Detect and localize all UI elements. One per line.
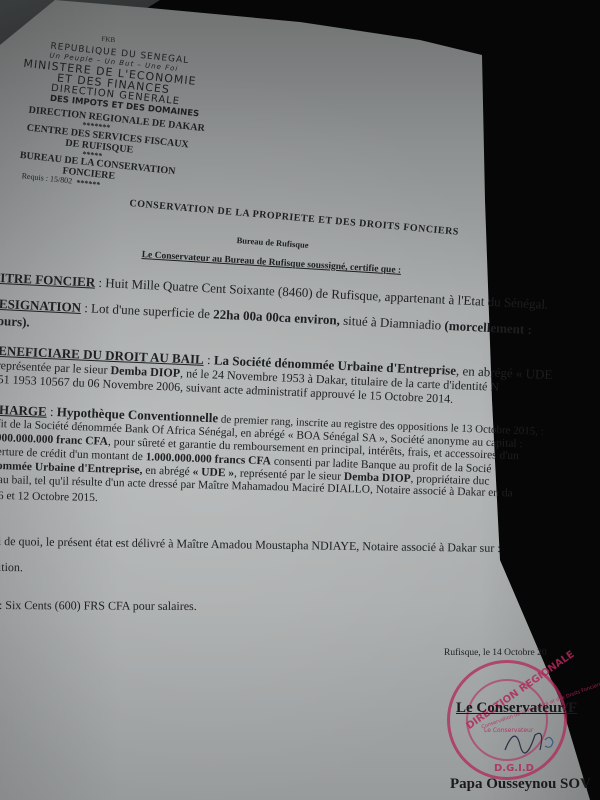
signatory-title: Le Conservateur/F	[456, 700, 577, 717]
signature-icon	[500, 720, 560, 760]
label-designation: DESIGNATION	[0, 296, 81, 315]
certify-line: Le Conservateur au Bureau de Rufisque so…	[141, 250, 401, 276]
fees-line: : Six Cents (600) FRS CFA pour salaires.	[0, 598, 197, 614]
place-date: Rufisque, le 14 Octobre 20	[444, 648, 547, 658]
label-titre-foncier: TITRE FONCIER	[0, 270, 96, 290]
document-content: FKB REPUBLIQUE DU SENEGAL Un Peuple – Un…	[0, 0, 600, 800]
document-title: CONSERVATION DE LA PROPRIETE ET DES DROI…	[129, 198, 459, 238]
header-code: FKB	[101, 35, 115, 44]
signatory-name: Papa Ousseynou SOV	[450, 776, 591, 793]
delivery-statement: i de quoi, le présent état est délivré à…	[0, 534, 501, 556]
label-charge: CHARGE	[0, 402, 47, 419]
document-subtitle: Bureau de Rufisque	[236, 235, 309, 250]
